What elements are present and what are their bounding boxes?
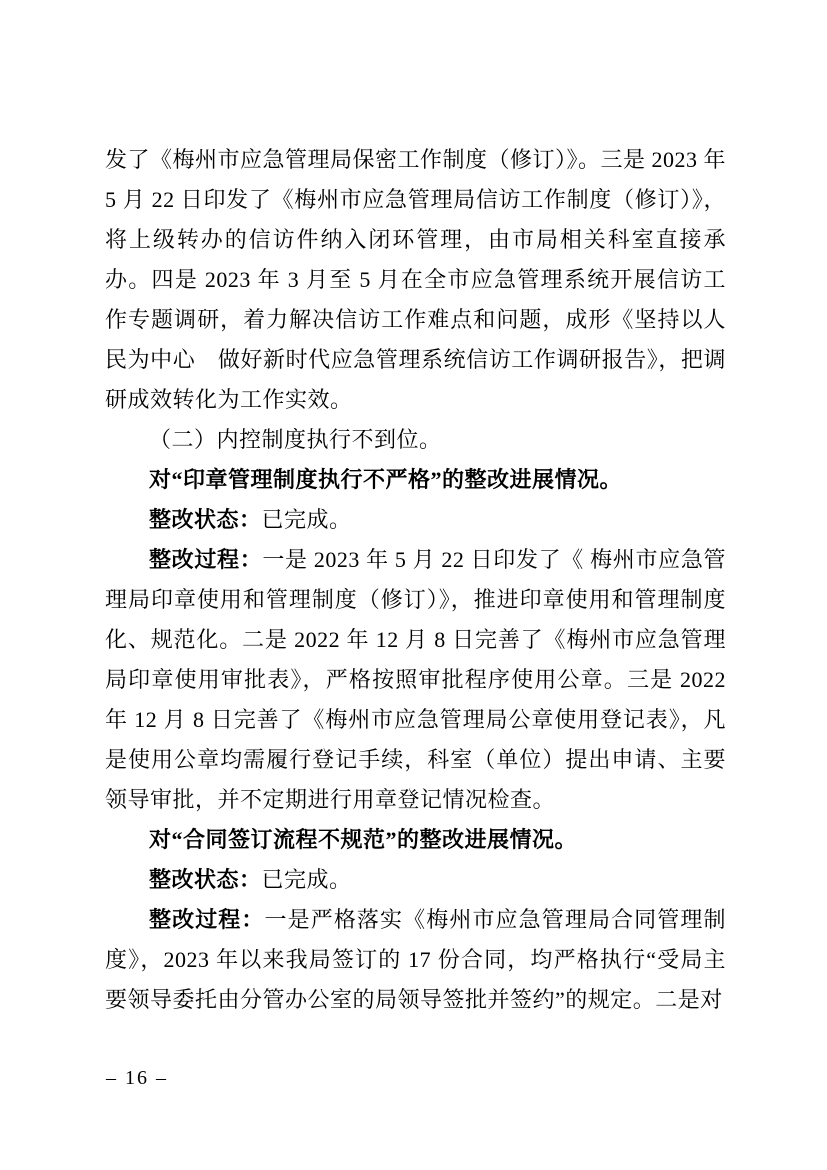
status-value-seal: 已完成。 <box>262 507 352 532</box>
process-label-contract: 整改过程： <box>149 907 265 932</box>
status-paragraph-seal: 整改状态：已完成。 <box>105 500 726 540</box>
process-value-seal: 一是 2023 年 5 月 22 日印发了《 梅州市应急管理局印章使用和管理制度… <box>105 547 726 812</box>
process-paragraph-contract: 整改过程：一是严格落实《梅州市应急管理局合同管理制度》，2023 年以来我局签订… <box>105 900 726 1020</box>
paragraph-continued-from-previous-page: 发了《梅州市应急管理局保密工作制度（修订）》。三是 2023 年 5 月 22 … <box>105 140 726 420</box>
status-label-seal: 整改状态： <box>149 507 262 532</box>
process-label-seal: 整改过程： <box>149 547 262 572</box>
page-number: – 16 – <box>106 1063 168 1093</box>
item-heading-seal-management: 对“印章管理制度执行不严格”的整改进展情况。 <box>105 460 726 500</box>
status-value-contract: 已完成。 <box>262 867 352 892</box>
process-paragraph-seal: 整改过程：一是 2023 年 5 月 22 日印发了《 梅州市应急管理局印章使用… <box>105 540 726 820</box>
document-page: 发了《梅州市应急管理局保密工作制度（修订）》。三是 2023 年 5 月 22 … <box>0 0 827 1170</box>
item-heading-contract-signing: 对“合同签订流程不规范”的整改进展情况。 <box>105 820 726 860</box>
section-heading-internal-control: （二）内控制度执行不到位。 <box>105 420 726 460</box>
status-paragraph-contract: 整改状态：已完成。 <box>105 860 726 900</box>
document-body: 发了《梅州市应急管理局保密工作制度（修订）》。三是 2023 年 5 月 22 … <box>105 140 726 1020</box>
status-label-contract: 整改状态： <box>149 867 262 892</box>
